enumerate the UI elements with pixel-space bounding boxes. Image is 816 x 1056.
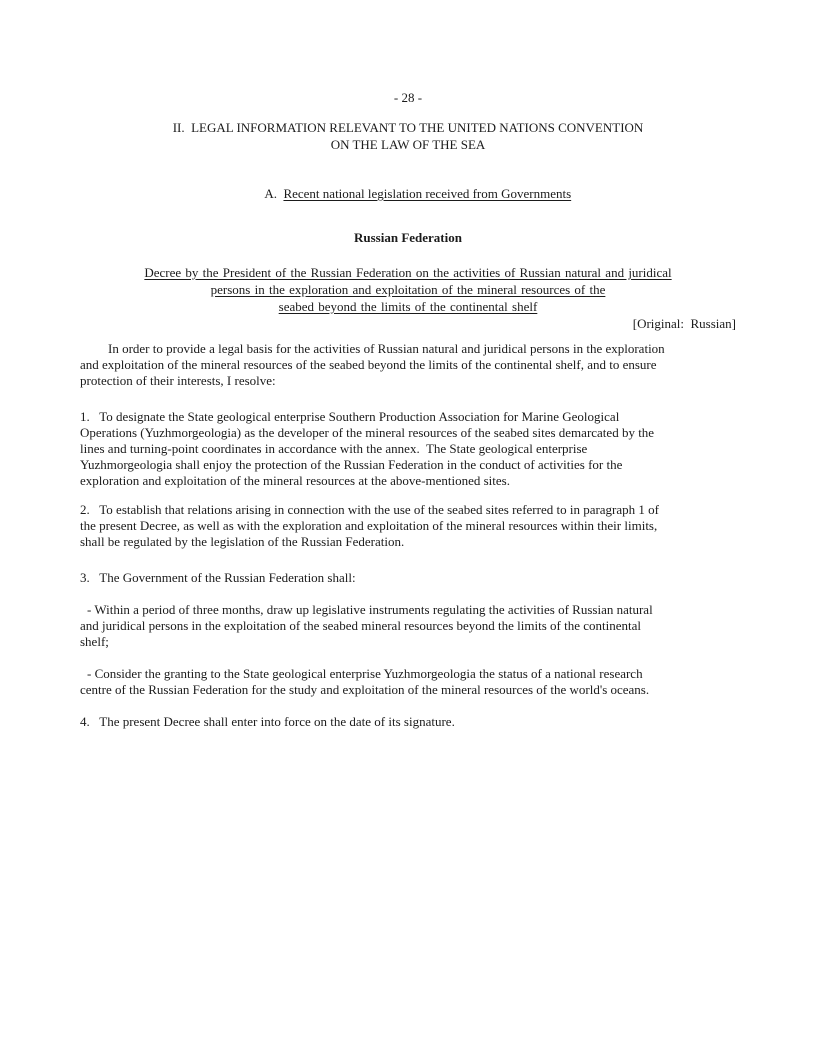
document-content: - 28 - II. LEGAL INFORMATION RELEVANT TO…: [0, 0, 816, 730]
page-number: - 28 -: [80, 90, 736, 106]
subsection-letter: A.: [264, 186, 283, 201]
subsection-title: Recent national legislation received fro…: [283, 186, 571, 201]
section-heading: II. LEGAL INFORMATION RELEVANT TO THE UN…: [80, 119, 736, 153]
subsection-heading: A. Recent national legislation received …: [80, 170, 736, 218]
decree-title: Decree by the President of the Russian F…: [80, 264, 736, 315]
country-heading: Russian Federation: [80, 230, 736, 246]
document-page: - 28 - II. LEGAL INFORMATION RELEVANT TO…: [0, 0, 816, 1056]
decree-item-3-sub-2: - Consider the granting to the State geo…: [80, 666, 736, 698]
decree-item-1: 1. To designate the State geological ent…: [80, 409, 736, 489]
decree-item-2: 2. To establish that relations arising i…: [80, 502, 736, 550]
decree-item-4: 4. The present Decree shall enter into f…: [80, 714, 736, 730]
decree-item-3-sub-1: - Within a period of three months, draw …: [80, 602, 736, 650]
decree-item-3: 3. The Government of the Russian Federat…: [80, 570, 736, 586]
original-language-note: [Original: Russian]: [80, 316, 736, 332]
intro-paragraph: In order to provide a legal basis for th…: [80, 341, 736, 389]
